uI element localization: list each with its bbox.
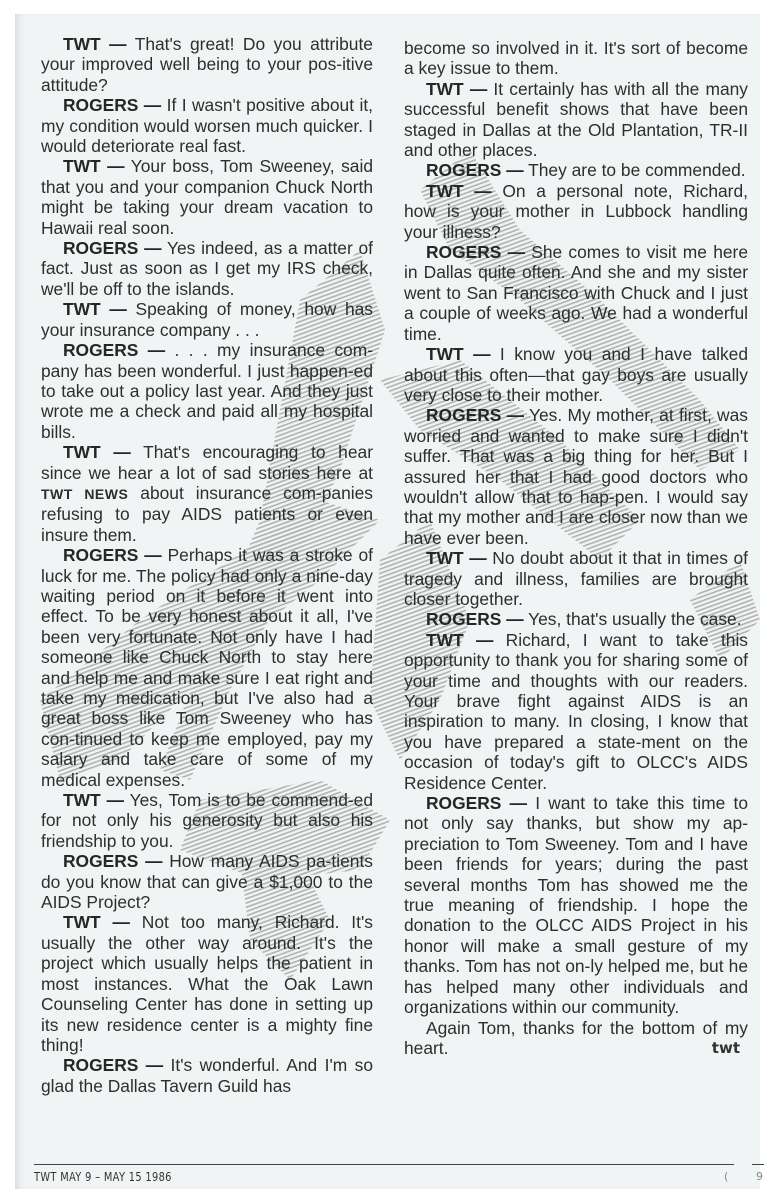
speaker-label: TWT — (63, 912, 130, 932)
speaker-label: ROGERS — (63, 1055, 163, 1075)
twt-end-mark-icon: twt (404, 1038, 748, 1058)
speaker-label: TWT — (426, 344, 491, 364)
interview-paragraph: TWT — That's great! Do you attribute you… (41, 34, 373, 95)
speaker-label: ROGERS — (426, 609, 524, 629)
speaker-label: TWT — (63, 442, 131, 462)
interview-paragraph: TWT — That's encouraging to hear since w… (41, 442, 373, 545)
interview-paragraph: ROGERS — I want to take this time to not… (404, 793, 748, 1017)
speaker-label: ROGERS — (63, 238, 162, 258)
speaker-label: ROGERS — (63, 340, 165, 360)
paragraph-text: become so involved in it. It's sort of b… (404, 38, 748, 78)
interview-paragraph: TWT — It certainly has with all the many… (404, 79, 748, 161)
speaker-label: ROGERS — (63, 851, 162, 871)
paragraph-text: I want to take this time to not only say… (404, 793, 748, 1017)
speaker-label: ROGERS — (63, 545, 162, 565)
left-column: TWT — That's great! Do you attribute you… (41, 34, 373, 1096)
interview-paragraph: ROGERS — They are to be commended. (404, 160, 748, 180)
interview-paragraph: ROGERS — Yes, that's usually the case. (404, 609, 748, 629)
interview-paragraph: become so involved in it. It's sort of b… (404, 38, 748, 79)
right-column: become so involved in it. It's sort of b… (404, 38, 748, 1059)
interview-paragraph: TWT — Richard, I want to take this oppor… (404, 630, 748, 793)
interview-paragraph: TWT — Your boss, Tom Sweeney, said that … (41, 156, 373, 238)
speaker-label: ROGERS — (426, 160, 524, 180)
footer-divider-right (752, 1164, 764, 1165)
paragraph-text: They are to be commended. (524, 160, 746, 180)
speaker-label: TWT — (63, 299, 127, 319)
speaker-label: TWT — (426, 630, 493, 650)
paragraph-text: Yes, that's usually the case. (524, 609, 742, 629)
speaker-label: TWT — (63, 34, 127, 54)
paragraph-text: Richard, I want to take this opportunity… (404, 630, 748, 793)
speaker-label: ROGERS — (63, 95, 161, 115)
interview-paragraph: ROGERS — . . . my insurance com-pany has… (41, 340, 373, 442)
interview-paragraph: TWT — Yes, Tom is to be commend-ed for n… (41, 790, 373, 851)
interview-paragraph: ROGERS — Yes. My mother, at first, was w… (404, 405, 748, 548)
interview-paragraph: ROGERS — If I wasn't positive about it, … (41, 95, 373, 156)
interview-paragraph: ROGERS — Yes indeed, as a matter of fact… (41, 238, 373, 299)
interview-paragraph: ROGERS — It's wonderful. And I'm so glad… (41, 1055, 373, 1096)
interview-paragraph: TWT — Not too many, Richard. It's usuall… (41, 912, 373, 1055)
interview-paragraph: TWT — On a personal note, Richard, how i… (404, 181, 748, 242)
page-number: 9 (756, 1170, 763, 1183)
page-number-mark: ( (724, 1170, 728, 1183)
speaker-label: TWT — (426, 181, 492, 201)
speaker-label: TWT — (63, 790, 124, 810)
publication-name: TWT NEWS (41, 486, 128, 502)
paragraph-text: Not too many, Richard. It's usually the … (41, 912, 373, 1054)
speaker-label: TWT — (426, 79, 487, 99)
paragraph-text: Perhaps it was a stroke of luck for me. … (41, 545, 373, 789)
speaker-label: ROGERS — (426, 405, 524, 425)
footer-divider (34, 1164, 734, 1165)
interview-paragraph: ROGERS — Perhaps it was a stroke of luck… (41, 545, 373, 790)
issue-date-footer: TWT MAY 9 – MAY 15 1986 (34, 1170, 172, 1184)
interview-paragraph: TWT — I know you and I have talked about… (404, 344, 748, 405)
speaker-label: TWT — (63, 156, 125, 176)
interview-paragraph: ROGERS — How many AIDS pa-tients do you … (41, 851, 373, 912)
interview-paragraph: ROGERS — She comes to visit me here in D… (404, 242, 748, 344)
speaker-label: TWT — (426, 548, 487, 568)
speaker-label: ROGERS — (426, 242, 525, 262)
paragraph-text: Yes. My mother, at first, was worried an… (404, 405, 748, 547)
interview-paragraph: TWT — No doubt about it that in times of… (404, 548, 748, 609)
speaker-label: ROGERS — (426, 793, 527, 813)
interview-paragraph: TWT — Speaking of money, how has your in… (41, 299, 373, 340)
